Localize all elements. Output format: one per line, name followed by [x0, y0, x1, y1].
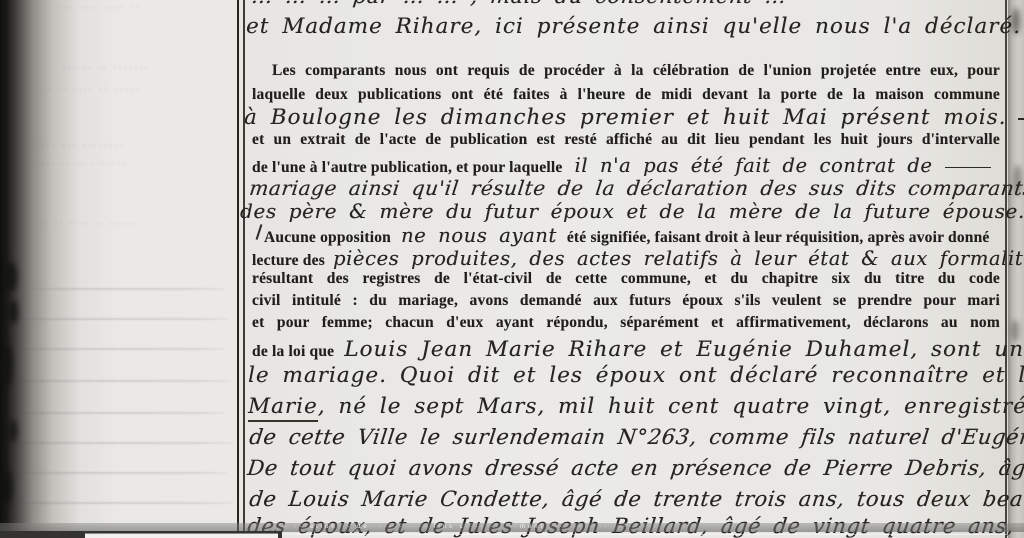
bleedthrough-text: ··· ·· ·· ·······	[62, 62, 150, 76]
scan-bottom-hairline	[282, 534, 1008, 535]
ink-smudge	[5, 262, 17, 292]
printed-text: de l'une à l'autre publication, et pour …	[252, 159, 562, 176]
ink-smudge	[3, 345, 12, 385]
handwritten-text: le mariage. Quoi dit et les époux ont dé…	[248, 363, 1024, 388]
printed-text: été signifiée, faisant droit à leur réqu…	[567, 229, 990, 246]
bleedthrough-stroke	[6, 502, 234, 504]
bleedthrough-stroke	[10, 380, 232, 382]
handwritten-text: et Madame Rihare, ici présente ainsi qu'…	[246, 14, 1021, 39]
bleedthrough-text: · ·· ···· ·· ·····	[44, 218, 137, 232]
fill-rule-dash	[1018, 118, 1024, 120]
printed-line: et un extrait de l'acte de publication e…	[252, 131, 1000, 149]
handwritten-line-witness-2: de Louis Marie Condette, âgé de trente t…	[248, 487, 999, 511]
bleedthrough-stroke	[18, 412, 226, 414]
bleedthrough-text: ··· ···· ···· ··	[58, 2, 141, 16]
printed-line: et pour femme; chacun d'eux ayant répond…	[252, 314, 1000, 332]
handwritten-text: il n'a pas été fait de contrat de	[574, 154, 932, 177]
printed-text: lecture des	[252, 252, 325, 269]
printed-line: résultant des registres de l'état-civil …	[252, 270, 1000, 288]
ink-smudge	[2, 470, 12, 504]
printed-line: Les comparants nous ont requis de procéd…	[272, 62, 1000, 80]
handwritten-line-declared: et Madame Rihare, ici présente ainsi qu'…	[246, 14, 994, 39]
bleedthrough-text: · ·· ···· ·· ·····	[48, 84, 141, 98]
mixed-line-union: de la loi que Louis Jean Marie Rihare et…	[252, 337, 1000, 362]
handwritten-line-birth: Marie, né le sept Mars, mil huit cent qu…	[248, 394, 996, 419]
mixed-line-contrat: de l'une à l'autre publication, et pour …	[252, 154, 1000, 177]
handwritten-text: Louis Jean Marie Rihare et Eugénie Duham…	[344, 337, 1024, 362]
mixed-line-opposition: Aucune opposition ne nous ayant été sign…	[264, 224, 1000, 247]
book-left-page	[0, 0, 238, 538]
page-margin-rule	[237, 0, 239, 538]
ink-smudge	[8, 300, 18, 324]
printed-text: Aucune opposition	[264, 229, 391, 246]
handwritten-line: de cette Ville le surlendemain N°263, co…	[248, 425, 999, 449]
bleedthrough-stroke	[14, 318, 229, 320]
page-margin-rule	[243, 0, 245, 538]
handwritten-text: , né le sept Mars, mil huit cent quatre …	[318, 394, 1024, 419]
bleedthrough-stroke	[30, 288, 225, 290]
ink-smudge	[9, 420, 17, 442]
handwritten-text: des père & mère du futur époux et de la …	[240, 199, 1024, 223]
printed-line: laquelle deux publications ont été faite…	[252, 86, 1000, 104]
document-scan-viewport: ··· ···· ···· ·· ··· ·· ·· ······· · ·· …	[0, 0, 1024, 538]
handwritten-line-clipped: … … … par … … , mais du consentement …	[250, 0, 1001, 8]
handwritten-line: mariage ainsi qu'il résulte de la déclar…	[248, 176, 999, 200]
bleedthrough-text: ··· ·· ·· ·······	[40, 158, 128, 172]
bleedthrough-stroke	[20, 348, 225, 350]
bleedthrough-stroke	[8, 442, 234, 444]
printed-text: de la loi que	[252, 343, 334, 360]
handwritten-text: pièces produites, des actes relatifs à l…	[333, 247, 1024, 270]
handwritten-text-underlined: Marie	[248, 394, 318, 422]
printed-line: civil intitulé : du mariage, avons deman…	[252, 292, 1000, 310]
bleedthrough-text: ···· ··· ········	[36, 140, 125, 154]
handwritten-text: ne nous ayant	[401, 224, 557, 247]
handwritten-line-legitimation: le mariage. Quoi dit et les époux ont dé…	[248, 363, 996, 388]
handwritten-line-publications: à Boulogne les dimanches premier et huit…	[244, 105, 992, 130]
fill-rule-dash	[945, 167, 991, 168]
handwritten-line-witness-1: De tout quoi avons dressé acte en présen…	[246, 456, 997, 480]
scan-corner-patch	[85, 533, 278, 538]
bleedthrough-stroke	[16, 472, 228, 474]
handwritten-line: des père & mère du futur époux et de la …	[240, 199, 988, 223]
mixed-line-lecture: lecture des pièces produites, des actes …	[252, 247, 1000, 270]
handwritten-text: à Boulogne les dimanches premier et huit…	[244, 105, 1006, 130]
